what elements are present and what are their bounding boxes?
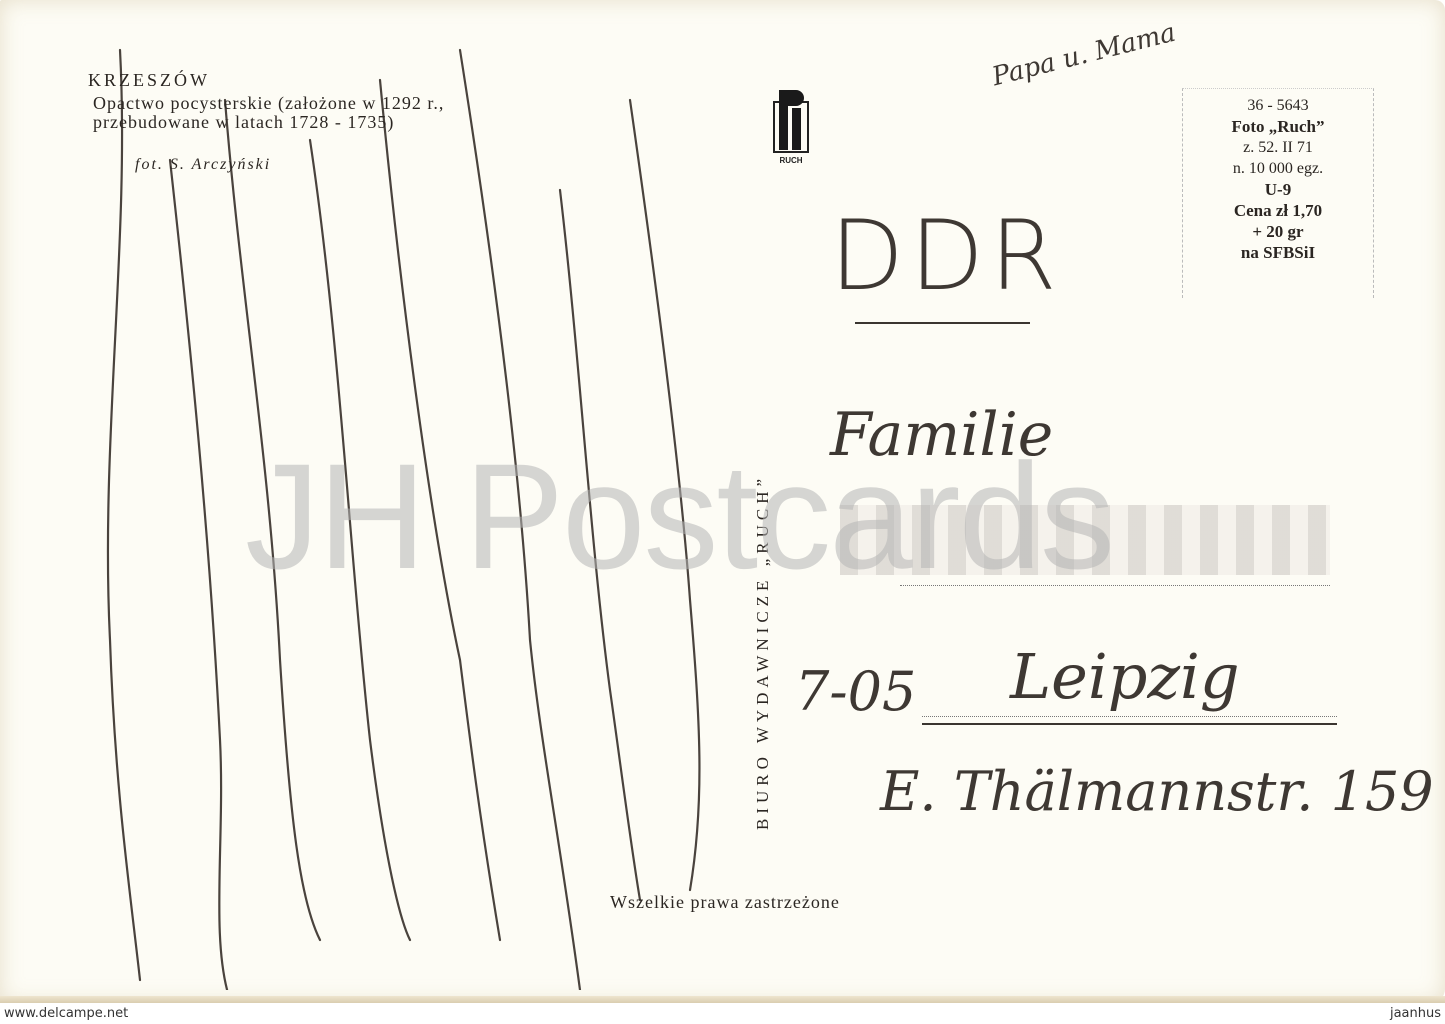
info-line: U-9 bbox=[1183, 179, 1373, 200]
handwritten-city: Leipzig bbox=[1010, 640, 1240, 713]
city-underline bbox=[922, 723, 1337, 725]
info-line: + 20 gr bbox=[1183, 221, 1373, 242]
footer-source: www.delcampe.net bbox=[4, 1006, 128, 1021]
location-title: KRZESZÓW bbox=[88, 70, 210, 91]
info-line: Foto „Ruch” bbox=[1183, 116, 1373, 137]
card-edge bbox=[0, 996, 1445, 1003]
handwritten-country: DDR bbox=[830, 200, 1063, 312]
description-line-2: przebudowane w latach 1728 - 1735) bbox=[93, 113, 444, 132]
publication-info-box: 36 - 5643 Foto „Ruch” z. 52. II 71 n. 10… bbox=[1182, 88, 1374, 298]
info-line: na SFBSiI bbox=[1183, 242, 1373, 263]
handwritten-greeting: Papa u. Mama bbox=[989, 18, 1178, 93]
photo-credit: fot. S. Arczyński bbox=[135, 156, 271, 174]
postcard-back: KRZESZÓW Opactwo pocysterskie (założone … bbox=[0, 0, 1445, 1003]
info-line: Cena zł 1,70 bbox=[1183, 200, 1373, 221]
info-line: z. 52. II 71 bbox=[1183, 137, 1373, 158]
footer-seller: jaanhus bbox=[1390, 1006, 1441, 1021]
handwritten-postal-code: 7-05 bbox=[795, 660, 916, 723]
description: Opactwo pocysterskie (założone w 1292 r.… bbox=[93, 94, 444, 132]
handwritten-street: E. Thälmannstr. 159 bbox=[880, 760, 1434, 823]
ruch-logo-icon: RUCH bbox=[770, 88, 812, 166]
info-line: n. 10 000 egz. bbox=[1183, 158, 1373, 179]
info-line: 36 - 5643 bbox=[1183, 95, 1373, 116]
watermark: JH Postcards bbox=[245, 430, 1113, 603]
description-line-1: Opactwo pocysterskie (założone w 1292 r.… bbox=[93, 94, 444, 113]
rights-notice: Wszelkie prawa zastrzeżone bbox=[610, 892, 840, 913]
address-line-dots bbox=[922, 716, 1337, 717]
country-underline bbox=[855, 322, 1030, 324]
svg-text:RUCH: RUCH bbox=[779, 156, 802, 165]
